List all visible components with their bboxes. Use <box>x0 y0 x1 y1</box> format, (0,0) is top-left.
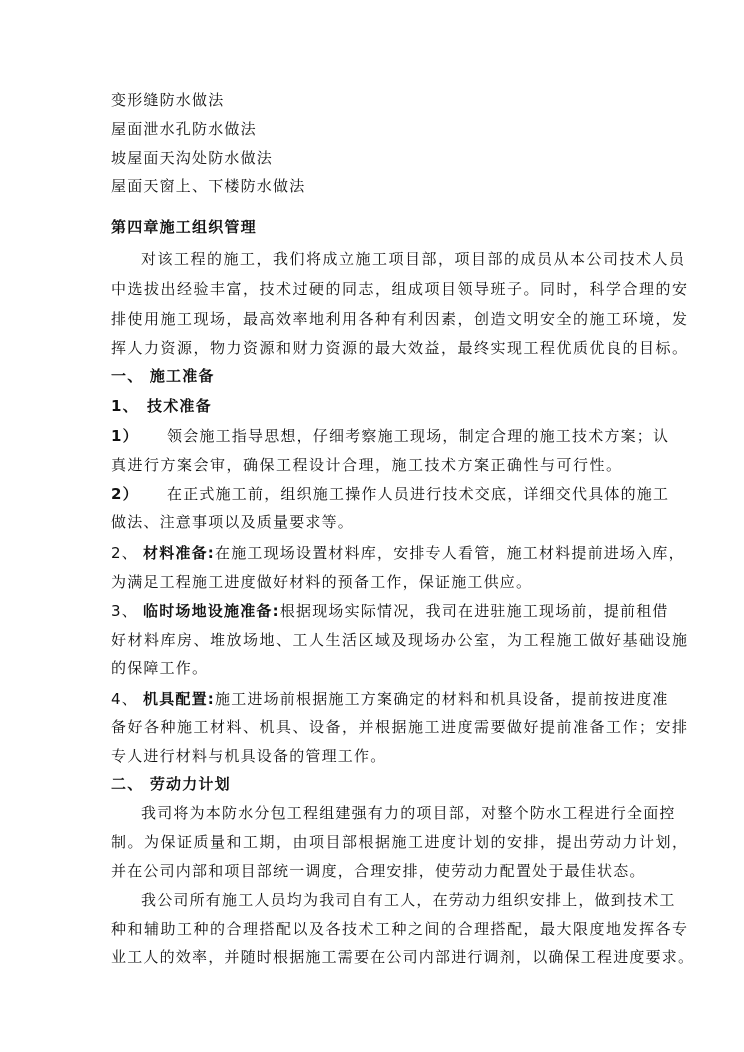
item-number: 1） <box>111 426 167 446</box>
paragraph-line: 排使用施工现场，最高效率地利用各种有利因素，创造文明安全的施工环境，发 <box>111 309 641 329</box>
paragraph-line: 真进行方案会审，确保工程设计合理，施工技术方案正确性与可行性。 <box>111 455 641 475</box>
subsection-number: 4、 <box>111 689 143 709</box>
paragraph-line: 挥人力资源，物力资源和财力资源的最大效益，最终实现工程优质优良的目标。 <box>111 338 641 358</box>
paragraph-line: 中选拔出经验丰富，技术过硬的同志，组成项目领导班子。同时，科学合理的安 <box>111 279 641 299</box>
subsection-title: 材料准备: <box>143 544 215 562</box>
item-text: 领会施工指导思想，仔细考察施工现场，制定合理的施工技术方案；认 <box>167 427 669 445</box>
document-page: 变形缝防水做法 屋面泄水孔防水做法 坡屋面天沟处防水做法 屋面天窗上、下楼防水做… <box>0 0 744 1052</box>
paragraph-line: 的保障工作。 <box>111 658 208 678</box>
paragraph-line: 4、机具配置:施工进场前根据施工方案确定的材料和机具设备，提前按进度准 <box>111 689 669 709</box>
paragraph-line: 2、材料准备:在施工现场设置材料库，安排专人看管，施工材料提前进场入库， <box>111 543 685 563</box>
paragraph-line: 并在公司内部和项目部统一调度，合理安排，使劳动力配置处于最佳状态。 <box>111 861 646 881</box>
subsection-title: 机具配置: <box>143 690 215 708</box>
paragraph-line: 我公司所有施工人员均为我司自有工人，在劳动力组织安排上，做到技术工 <box>111 890 676 910</box>
paragraph-line: 好材料库房、堆放场地、工人生活区域及现场办公室，为工程施工做好基础设施 <box>111 630 641 650</box>
subsection-title: 临时场地设施准备: <box>143 602 280 620</box>
paragraph-line: 3、临时场地设施准备:根据现场实际情况，我司在进驻施工现场前，提前租借 <box>111 601 669 621</box>
chapter-title: 第四章施工组织管理 <box>111 217 257 237</box>
list-item: 变形缝防水做法 <box>111 90 224 110</box>
item-text: 在施工现场设置材料库，安排专人看管，施工材料提前进场入库， <box>215 544 685 562</box>
item-text: 在正式施工前，组织施工操作人员进行技术交底，详细交代具体的施工 <box>167 485 669 503</box>
subsection-title: 技术准备 <box>147 397 212 415</box>
paragraph-line: 我司将为本防水分包工程组建强有力的项目部，对整个防水工程进行全面控 <box>111 803 676 823</box>
section-heading: 二、 劳动力计划 <box>111 774 231 794</box>
paragraph-line: 对该工程的施工，我们将成立施工项目部，项目部的成员从本公司技术人员 <box>111 249 641 269</box>
paragraph-line: 为满足工程施工进度做好材料的预备工作，保证施工供应。 <box>111 572 532 592</box>
item-number: 2） <box>111 484 167 504</box>
list-item: 屋面泄水孔防水做法 <box>111 119 257 139</box>
paragraph-line: 2）在正式施工前，组织施工操作人员进行技术交底，详细交代具体的施工 <box>111 484 669 504</box>
subsection-number: 2、 <box>111 543 143 563</box>
paragraph-line: 制。为保证质量和工期，由项目部根据施工进度计划的安排，提出劳动力计划， <box>111 832 641 852</box>
subsection-heading: 1、技术准备 <box>111 396 212 416</box>
subsection-number: 1、 <box>111 396 147 416</box>
list-item: 屋面天窗上、下楼防水做法 <box>111 176 305 196</box>
item-text: 施工进场前根据施工方案确定的材料和机具设备，提前按进度准 <box>215 690 669 708</box>
paragraph-line: 1）领会施工指导思想，仔细考察施工现场，制定合理的施工技术方案；认 <box>111 426 669 446</box>
item-text: 根据现场实际情况，我司在进驻施工现场前，提前租借 <box>280 602 669 620</box>
paragraph-line: 专人进行材料与机具设备的管理工作。 <box>111 746 386 766</box>
list-item: 坡屋面天沟处防水做法 <box>111 148 273 168</box>
paragraph-line: 做法、注意事项以及质量要求等。 <box>111 512 354 532</box>
paragraph-line: 种和辅助工种的合理搭配以及各技术工种之间的合理搭配，最大限度地发挥各专 <box>111 919 641 939</box>
section-heading: 一、 施工准备 <box>111 366 215 386</box>
paragraph-line: 备好各种施工材料、机具、设备，并根据施工进度需要做好提前准备工作；安排 <box>111 717 641 737</box>
paragraph-line: 业工人的效率，并随时根据施工需要在公司内部进行调剂，以确保工程进度要求。 <box>111 947 694 967</box>
subsection-number: 3、 <box>111 601 143 621</box>
